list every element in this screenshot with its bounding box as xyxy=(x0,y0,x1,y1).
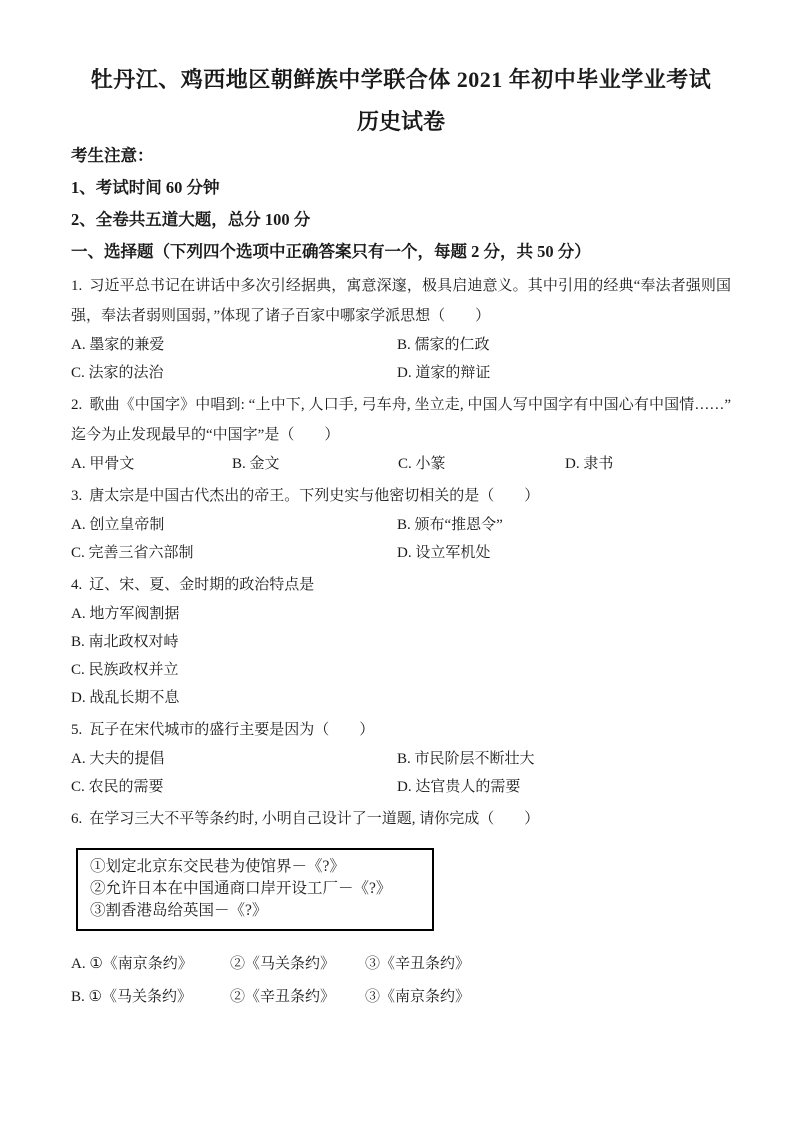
option-d: D. 战乱长期不息 xyxy=(71,684,731,712)
question-6-text: 6.在学习三大不平等条约时, 小明自己设计了一道题, 请你完成（ ） xyxy=(71,804,731,834)
question-2-text: 2.歌曲《中国字》中唱到: “上中下, 人口手, 弓车舟, 坐立走, 中国人写中… xyxy=(71,390,731,450)
question-4: 4.辽、宋、夏、金时期的政治特点是 A. 地方军阀割据 B. 南北政权对峙 C.… xyxy=(71,570,731,712)
option-a: A. ①《南京条约》 ②《马关条约》 ③《辛丑条约》 xyxy=(71,948,731,981)
question-2: 2.歌曲《中国字》中唱到: “上中下, 人口手, 弓车舟, 坐立走, 中国人写中… xyxy=(71,390,731,478)
question-3-options: A. 创立皇帝制 B. 颁布“推恩令” C. 完善三省六部制 D. 设立军机处 xyxy=(71,511,731,567)
notice-item-score: 2、全卷共五道大题，总分 100 分 xyxy=(71,204,731,236)
option-c: C. 小篆 xyxy=(398,450,565,478)
question-1: 1.习近平总书记在讲话中多次引经据典，寓意深邃，极具启迪意义。其中引用的经典“奉… xyxy=(71,271,731,387)
question-2-options: A. 甲骨文 B. 金文 C. 小篆 D. 隶书 xyxy=(71,450,731,478)
treaty-clues-box: ①划定北京东交民巷为使馆界－《?》 ②允许日本在中国通商口岸开设工厂－《?》 ③… xyxy=(76,848,434,931)
question-5: 5.瓦子在宋代城市的盛行主要是因为（ ） A. 大夫的提倡 B. 市民阶层不断壮… xyxy=(71,715,731,801)
question-3: 3.唐太宗是中国古代杰出的帝王。下列史实与他密切相关的是（ ） A. 创立皇帝制… xyxy=(71,481,731,567)
exam-paper-page: 牡丹江、鸡西地区朝鲜族中学联合体 2021 年初中毕业学业考试 历史试卷 考生注… xyxy=(0,0,793,1122)
notice-item-time: 1、考试时间 60 分钟 xyxy=(71,172,731,204)
exam-title: 牡丹江、鸡西地区朝鲜族中学联合体 2021 年初中毕业学业考试 xyxy=(71,64,731,96)
option-b: B. 颁布“推恩令” xyxy=(397,511,731,539)
option-c: C. 完善三省六部制 xyxy=(71,539,397,567)
option-c: C. 民族政权并立 xyxy=(71,656,731,684)
treaty-clue-2: ②允许日本在中国通商口岸开设工厂－《?》 xyxy=(90,878,420,900)
option-b: B. 市民阶层不断壮大 xyxy=(397,745,731,773)
question-4-text: 4.辽、宋、夏、金时期的政治特点是 xyxy=(71,570,731,600)
notice-heading: 考生注意： xyxy=(71,140,731,172)
option-b: B. 南北政权对峙 xyxy=(71,628,731,656)
option-a: A. 甲骨文 xyxy=(71,450,232,478)
exam-subtitle: 历史试卷 xyxy=(71,107,731,137)
question-number: 4. xyxy=(71,577,82,593)
option-a: A. 墨家的兼爱 xyxy=(71,331,397,359)
option-c: C. 法家的法治 xyxy=(71,359,397,387)
option-a: A. 大夫的提倡 xyxy=(71,745,397,773)
question-1-options: A. 墨家的兼爱 B. 儒家的仁政 C. 法家的法治 D. 道家的辩证 xyxy=(71,331,731,387)
option-a: A. 创立皇帝制 xyxy=(71,511,397,539)
question-4-options: A. 地方军阀割据 B. 南北政权对峙 C. 民族政权并立 D. 战乱长期不息 xyxy=(71,600,731,712)
option-d: D. 设立军机处 xyxy=(397,539,731,567)
option-b: B. ①《马关条约》 ②《辛丑条约》 ③《南京条约》 xyxy=(71,981,731,1014)
option-d: D. 道家的辩证 xyxy=(397,359,731,387)
option-c: C. 农民的需要 xyxy=(71,773,397,801)
section-heading-choice: 一、选择题（下列四个选项中正确答案只有一个，每题 2 分，共 50 分） xyxy=(71,236,731,268)
option-b: B. 儒家的仁政 xyxy=(397,331,731,359)
question-number: 1. xyxy=(71,278,82,294)
question-number: 3. xyxy=(71,488,82,504)
question-3-text: 3.唐太宗是中国古代杰出的帝王。下列史实与他密切相关的是（ ） xyxy=(71,481,731,511)
question-number: 2. xyxy=(71,397,82,413)
treaty-clue-1: ①划定北京东交民巷为使馆界－《?》 xyxy=(90,856,420,878)
option-d: D. 隶书 xyxy=(565,450,731,478)
question-1-text: 1.习近平总书记在讲话中多次引经据典，寓意深邃，极具启迪意义。其中引用的经典“奉… xyxy=(71,271,731,331)
question-number: 5. xyxy=(71,722,82,738)
question-6-options: A. ①《南京条约》 ②《马关条约》 ③《辛丑条约》 B. ①《马关条约》 ②《… xyxy=(71,948,731,1014)
candidate-notice: 考生注意： 1、考试时间 60 分钟 2、全卷共五道大题，总分 100 分 xyxy=(71,140,731,236)
treaty-clue-3: ③割香港岛给英国－《?》 xyxy=(90,900,420,922)
question-5-text: 5.瓦子在宋代城市的盛行主要是因为（ ） xyxy=(71,715,731,745)
option-d: D. 达官贵人的需要 xyxy=(397,773,731,801)
question-5-options: A. 大夫的提倡 B. 市民阶层不断壮大 C. 农民的需要 D. 达官贵人的需要 xyxy=(71,745,731,801)
question-6: 6.在学习三大不平等条约时, 小明自己设计了一道题, 请你完成（ ） ①划定北京… xyxy=(71,804,731,1014)
question-number: 6. xyxy=(71,811,82,827)
option-b: B. 金文 xyxy=(232,450,398,478)
option-a: A. 地方军阀割据 xyxy=(71,600,731,628)
